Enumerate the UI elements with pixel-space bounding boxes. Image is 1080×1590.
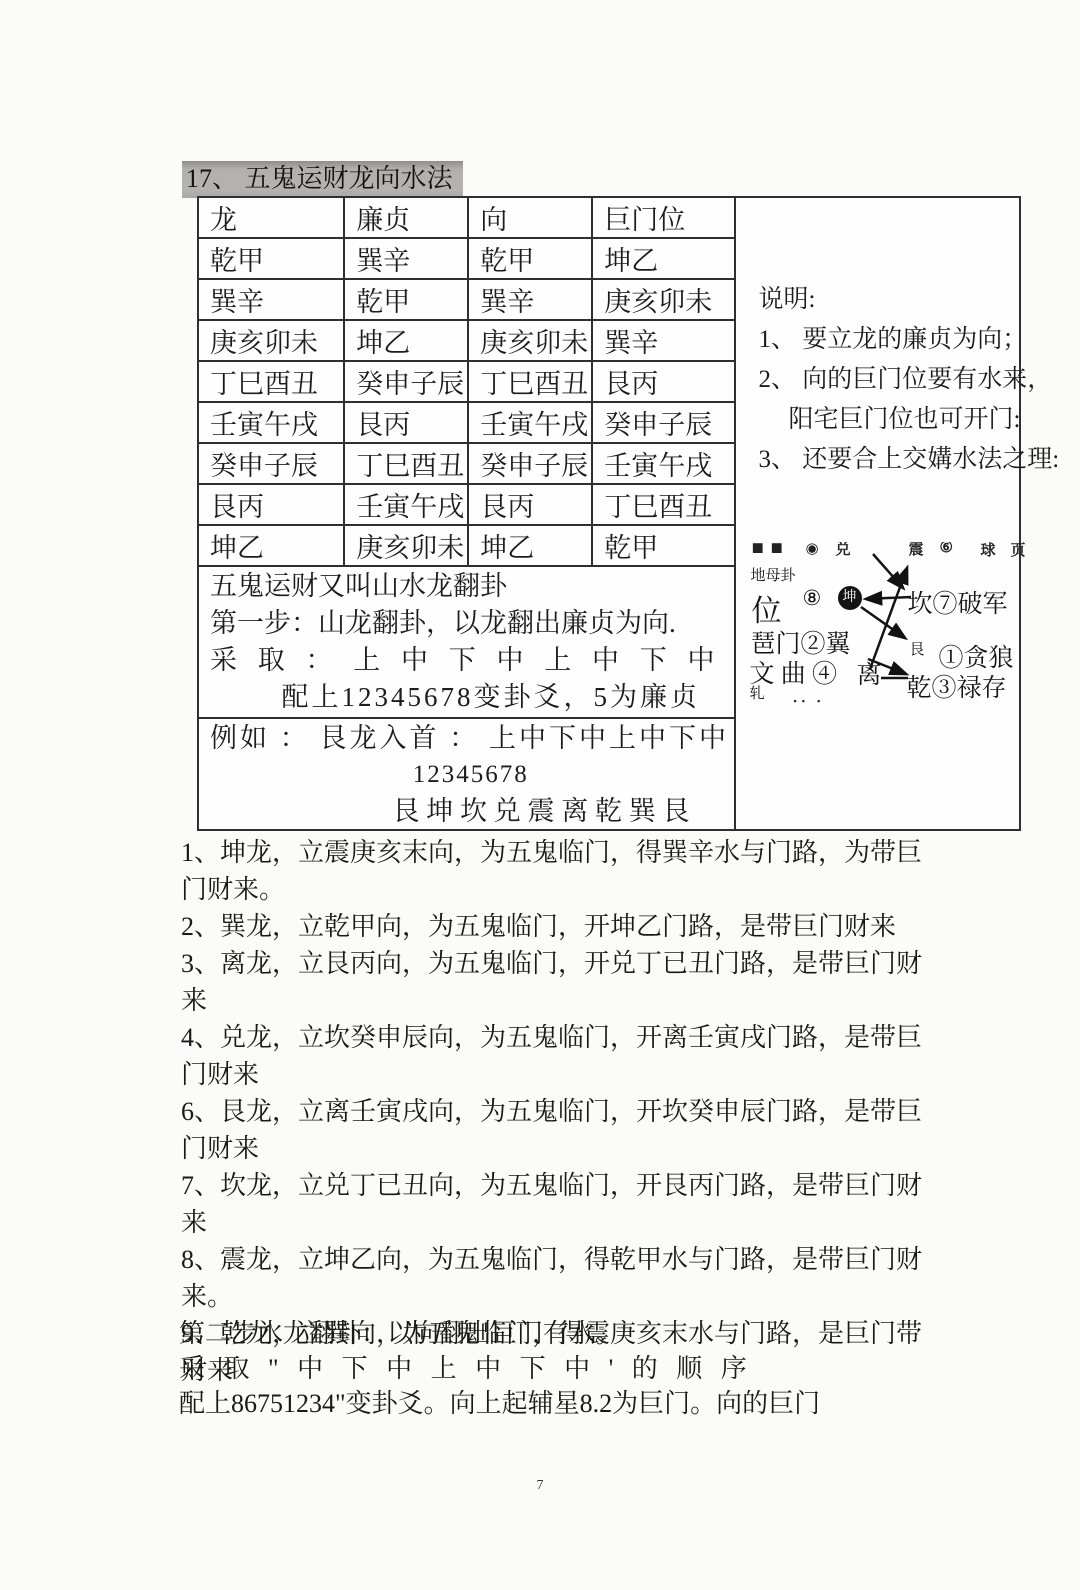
table-cell: 艮丙 bbox=[198, 484, 344, 525]
table-cell: 巽辛 bbox=[198, 279, 344, 320]
table-cell: 巽辛 bbox=[592, 320, 734, 361]
table-cell: 巽辛 bbox=[468, 279, 592, 320]
list-item: 8、震龙，立坤乙向，为五鬼临门，得乾甲水与门路，是带巨门财来。 bbox=[181, 1241, 933, 1315]
step1-line: 配上12345678变卦爻，5为廉贞 bbox=[210, 679, 732, 716]
table-cell: 庚亥卯未 bbox=[344, 525, 468, 566]
table-cell: 壬寅午戌 bbox=[198, 402, 344, 443]
step1-line: 第一步：山龙翻卦，以龙翻出廉贞为向. bbox=[210, 605, 732, 642]
list-item: 4、兑龙，立坎癸申辰向，为五鬼临门，开离壬寅戌门路，是带巨门财来 bbox=[181, 1019, 933, 1093]
arrow-to-qian bbox=[868, 659, 906, 674]
table-cell: 乾甲 bbox=[344, 279, 468, 320]
trigram-diagram: ◼ ◼ ◉ 兑 震 ⑥ 球 页 地母卦 位 ⑧ 坤 坎⑦破军 琶门②翼 艮 ①贪… bbox=[748, 542, 1028, 710]
table-cell: 丁巳酉丑 bbox=[198, 361, 344, 402]
table-cell: 癸申子辰 bbox=[198, 443, 344, 484]
page-number: 7 bbox=[0, 1478, 1080, 1494]
dragon-list: 1、坤龙，立震庚亥末向，为五鬼临门，得巽辛水与门路，为带巨门财来。 2、巽龙，立… bbox=[181, 834, 933, 1389]
table-cell: 艮丙 bbox=[592, 361, 734, 402]
five-ghosts-table: 龙 廉贞 向 巨门位 说明: 1、 要立龙的廉贞为向； 2、 向的巨门位要有水来… bbox=[197, 196, 1021, 831]
table-cell: 庚亥卯未 bbox=[592, 279, 734, 320]
table-cell: 坤乙 bbox=[344, 320, 468, 361]
step1-line: 采 取 ： 上 中 下 中 上 中 下 中 bbox=[210, 642, 732, 679]
list-item: 7、坎龙，立兑丁已丑向，为五鬼临门，开艮丙门路，是带巨门财来 bbox=[181, 1167, 933, 1241]
table-cell: 庚亥卯未 bbox=[468, 320, 592, 361]
step1-cell: 五鬼运财又叫山水龙翻卦 第一步：山龙翻卦，以龙翻出廉贞为向. 采 取 ： 上 中… bbox=[198, 566, 735, 718]
table-cell: 艮丙 bbox=[468, 484, 592, 525]
step2-line: 配上86751234"变卦爻。向上起辅星8.2为巨门。向的巨门 bbox=[179, 1386, 969, 1421]
note-line: 阳宅巨门位也可开门: bbox=[759, 400, 1060, 440]
notes-text: 说明: 1、 要立龙的廉贞为向； 2、 向的巨门位要有水来， 阳宅巨门位也可开门… bbox=[759, 280, 1060, 480]
column-header-dragon: 龙 bbox=[198, 197, 344, 238]
column-header-lianzhen: 廉贞 bbox=[344, 197, 468, 238]
list-item: 6、艮龙，立离壬寅戌向，为五鬼临门，开坎癸申辰门路，是带巨门财来 bbox=[181, 1093, 933, 1167]
note-line: 1、 要立龙的廉贞为向； bbox=[759, 320, 1060, 360]
table-cell: 壬寅午戌 bbox=[344, 484, 468, 525]
table-cell: 乾甲 bbox=[592, 525, 734, 566]
example-line: 例如 ： 艮龙入首 ： 上中下中上中下中 bbox=[210, 719, 732, 757]
example-line: 12345678 bbox=[210, 757, 732, 793]
step2-line: 第二步水龙翻卦：以向翻出巨门有水。 bbox=[179, 1316, 969, 1351]
table-cell: 坤乙 bbox=[198, 525, 344, 566]
table-cell: 乾甲 bbox=[198, 238, 344, 279]
notes-inner: 说明: 1、 要立龙的廉贞为向； 2、 向的巨门位要有水来， 阳宅巨门位也可开门… bbox=[747, 216, 1017, 812]
table-cell: 庚亥卯未 bbox=[198, 320, 344, 361]
arrow-to-kan bbox=[873, 554, 903, 588]
step2-line: 采 取 " 中 下 中 上 中 下 中 ' 的 顺 序 bbox=[179, 1351, 969, 1386]
list-item: 3、离龙，立艮丙向，为五鬼临门，开兑丁已丑门路，是带巨门财来 bbox=[181, 945, 933, 1019]
notes-cell: 说明: 1、 要立龙的廉贞为向； 2、 向的巨门位要有水来， 阳宅巨门位也可开门… bbox=[735, 197, 1020, 830]
table-header-row: 龙 廉贞 向 巨门位 说明: 1、 要立龙的廉贞为向； 2、 向的巨门位要有水来… bbox=[198, 197, 1020, 238]
table-cell: 丁巳酉丑 bbox=[468, 361, 592, 402]
note-line: 3、 还要合上交媾水法之理: bbox=[759, 440, 1060, 480]
table-cell: 癸申子辰 bbox=[592, 402, 734, 443]
table-cell: 巽辛 bbox=[344, 238, 468, 279]
table-cell: 壬寅午戌 bbox=[468, 402, 592, 443]
notes-heading: 说明: bbox=[759, 280, 1060, 320]
table-cell: 坤乙 bbox=[592, 238, 734, 279]
list-item: 2、巽龙，立乾甲向，为五鬼临门，开坤乙门路，是带巨门财来 bbox=[181, 908, 933, 945]
table-cell: 壬寅午戌 bbox=[592, 443, 734, 484]
diagram-arrows bbox=[748, 542, 1028, 710]
table-cell: 坤乙 bbox=[468, 525, 592, 566]
document-page: { "title": "17、 五鬼运财龙向水法", "colors": { "… bbox=[0, 0, 1080, 1590]
column-header-jumen: 巨门位 bbox=[592, 197, 734, 238]
example-line: 艮 坤 坎 兑 震 离 乾 巽 艮 bbox=[210, 793, 732, 829]
table-cell: 丁巳酉丑 bbox=[344, 443, 468, 484]
example-cell: 例如 ： 艮龙入首 ： 上中下中上中下中 12345678 艮 坤 坎 兑 震 … bbox=[198, 718, 735, 830]
arrow-to-kun bbox=[866, 597, 911, 599]
table-cell: 癸申子辰 bbox=[344, 361, 468, 402]
table-cell: 丁巳酉丑 bbox=[592, 484, 734, 525]
step2-section: 第二步水龙翻卦：以向翻出巨门有水。 采 取 " 中 下 中 上 中 下 中 ' … bbox=[179, 1316, 969, 1421]
note-line: 2、 向的巨门位要有水来， bbox=[759, 360, 1060, 400]
table-cell: 乾甲 bbox=[468, 238, 592, 279]
list-item: 1、坤龙，立震庚亥末向，为五鬼临门，得巽辛水与门路，为带巨门财来。 bbox=[181, 834, 933, 908]
table-cell: 艮丙 bbox=[344, 402, 468, 443]
section-title: 17、 五鬼运财龙向水法 bbox=[182, 161, 463, 198]
step1-line: 五鬼运财又叫山水龙翻卦 bbox=[210, 568, 732, 605]
column-header-xiang: 向 bbox=[468, 197, 592, 238]
table-cell: 癸申子辰 bbox=[468, 443, 592, 484]
